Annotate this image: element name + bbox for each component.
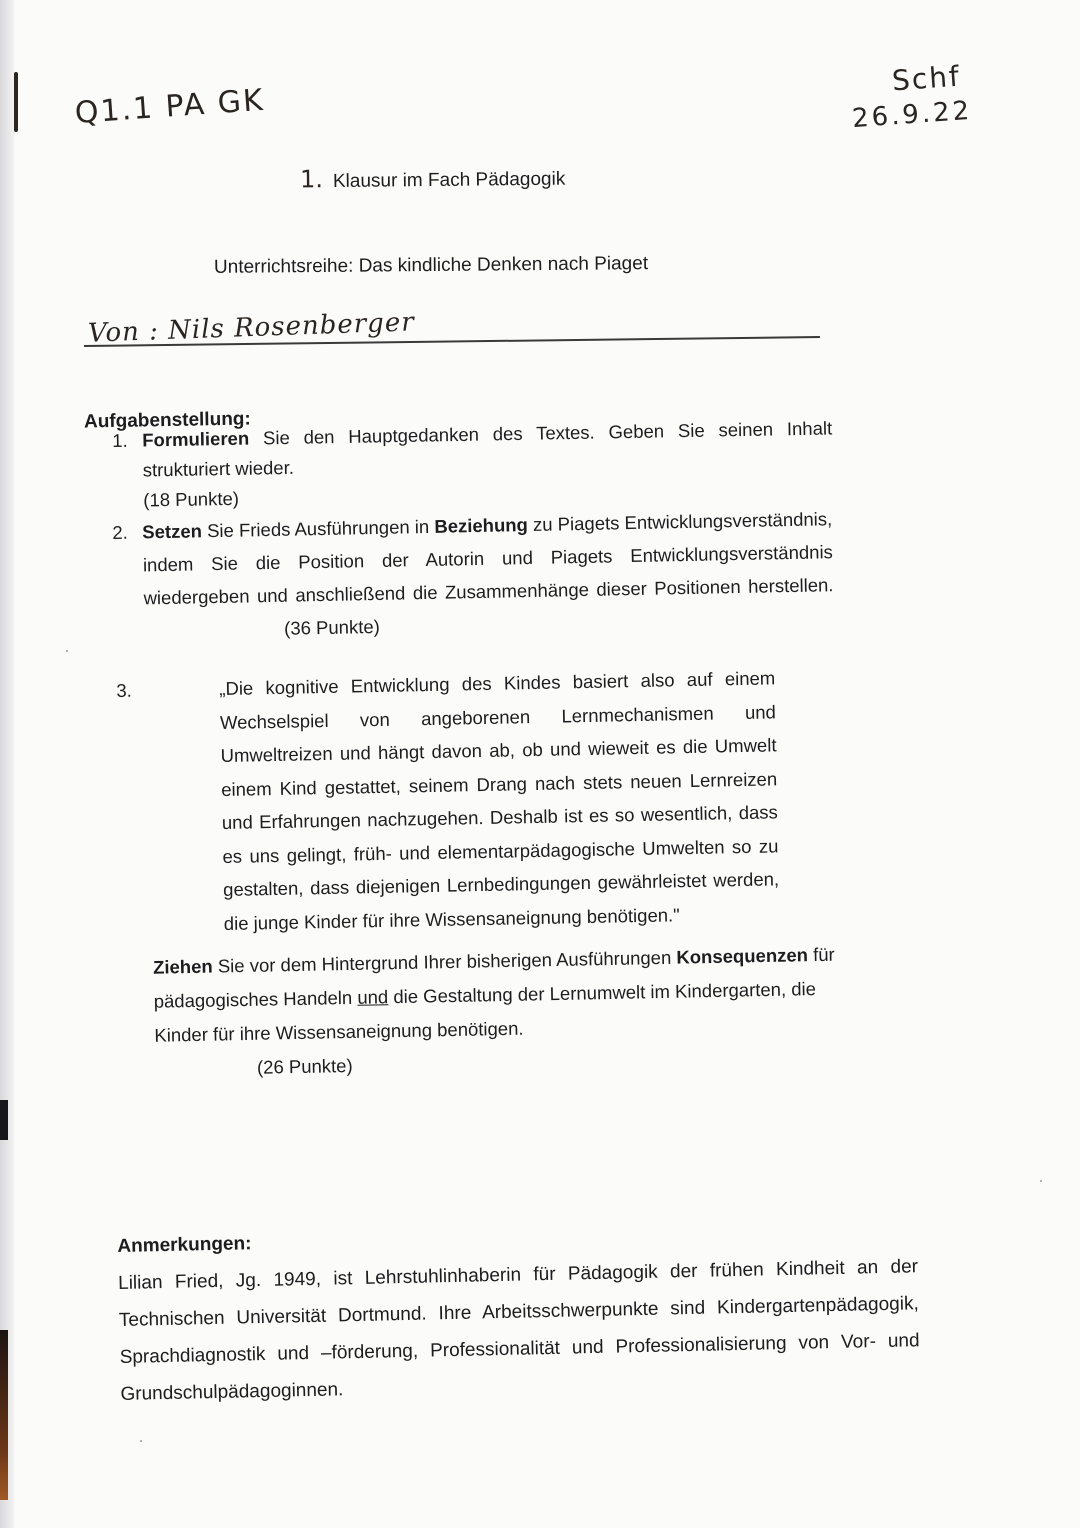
task-underlined-word: und [357,986,388,1008]
paper-speck [1040,1180,1042,1182]
paper-edge [0,0,14,1528]
background-table [0,1330,8,1500]
paper-speck [140,1440,142,1442]
task-text: Sie Frieds Ausführungen in [202,516,435,541]
task-3: 3. „Die kognitive Entwicklung des Kindes… [116,661,786,674]
task-points: (26 Punkte) [257,1039,856,1084]
notes-section: Anmerkungen: Lilian Fried, Jg. 1949, ist… [117,1211,921,1413]
task-3-instruction: Ziehen Sie vor dem Hintergrund Ihrer bis… [153,937,855,1086]
margin-pen-mark [14,72,18,132]
task-verb: Ziehen [153,956,213,978]
task-number: 1. [112,426,128,456]
exam-number: 1. [300,165,323,193]
exam-date: 26.9.22 [851,96,973,134]
task-keyword: Beziehung [434,514,528,537]
task-body: Setzen Sie Frieds Ausführungen in Bezieh… [142,502,834,647]
task-verb: Formulieren [142,428,249,451]
task-points: (36 Punkte) [284,610,380,645]
lesson-series: Unterrichtsreihe: Das kindliche Denken n… [214,253,648,279]
grader-initials: Schf [891,60,962,98]
task-body: Formulieren Sie den Hauptgedanken des Te… [142,413,833,515]
task-verb: Setzen [142,520,202,542]
task-points: (18 Punkte) [143,488,239,511]
task-number: 3. [116,674,132,708]
background-shadow [0,1100,8,1140]
task-number: 2. [112,516,128,549]
notes-text: Lilian Fried, Jg. 1949, ist Lehrstuhlinh… [118,1248,921,1413]
exam-title-text: Klausur im Fach Pädagogik [333,169,566,192]
paper-speck [66,650,68,652]
task-text: Sie vor dem Hintergrund Ihrer bisherigen… [212,947,676,977]
task-keyword: Konsequenzen [676,944,808,968]
exam-title: 1.Klausur im Fach Pädagogik [300,163,566,194]
course-code: Q1.1 PA GK [74,83,266,131]
task-quote: „Die kognitive Entwicklung des Kindes ba… [219,661,780,940]
